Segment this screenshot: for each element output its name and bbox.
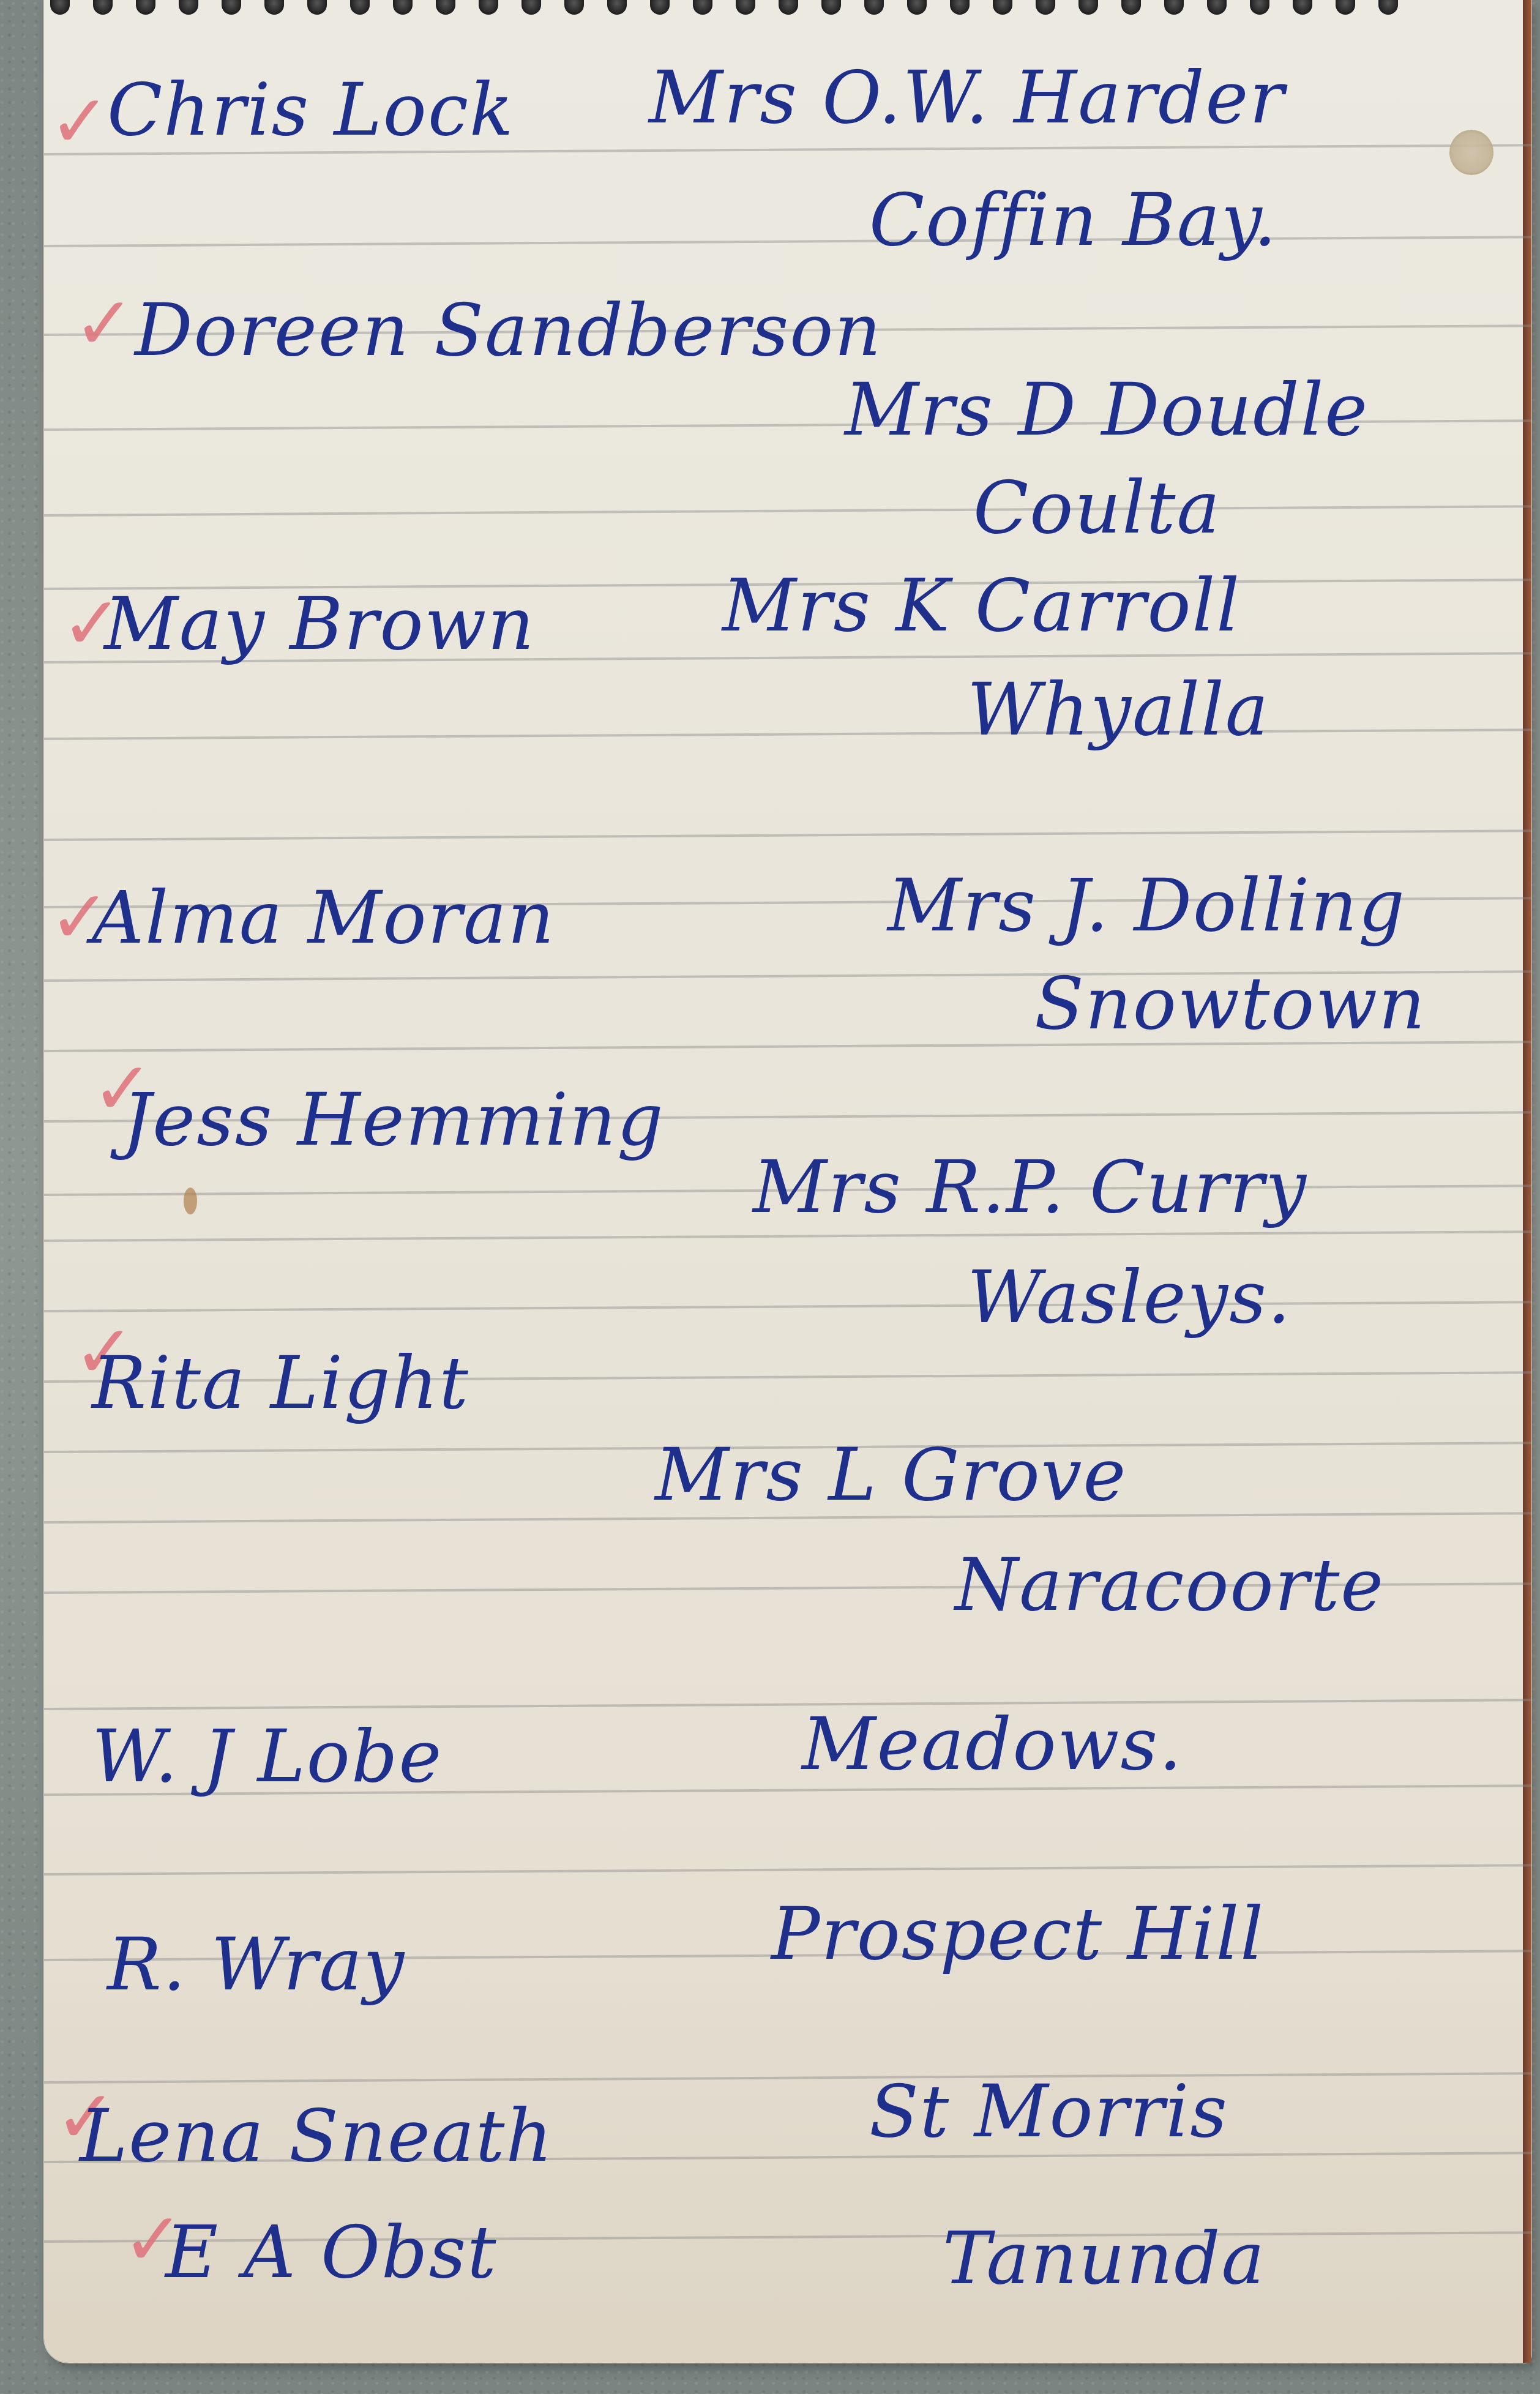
check-mark-icon: ✓ xyxy=(73,288,135,361)
entry-name: Alma Moran xyxy=(92,875,555,960)
entry-detail: Prospect Hill xyxy=(771,1891,1265,1976)
entry-detail: Tanunda xyxy=(943,2216,1266,2300)
entry-detail: Naracoorte xyxy=(955,1543,1385,1627)
stain-mark xyxy=(184,1188,197,1214)
entry-detail: Mrs L Grove xyxy=(655,1432,1127,1517)
entry-detail: St Morris xyxy=(869,2069,1228,2153)
entry-name: May Brown xyxy=(104,582,536,666)
entry-detail: Meadows. xyxy=(802,1702,1183,1786)
entry-detail: Mrs O.W. Harder xyxy=(649,55,1285,140)
entry-name: W. J Lobe xyxy=(92,1714,443,1798)
stain-mark xyxy=(1449,130,1493,175)
entry-detail: Coffin Bay. xyxy=(869,178,1278,262)
check-mark-icon: ✓ xyxy=(49,86,111,159)
entry-detail: Snowtown xyxy=(1034,961,1426,1046)
page-edge xyxy=(1523,0,1531,2363)
entry-detail: Whyalla xyxy=(967,667,1269,752)
entry-detail: Mrs D Doudle xyxy=(845,367,1369,452)
spiral-binding xyxy=(44,0,1531,16)
entry-name: E A Obst xyxy=(165,2210,498,2294)
entry-name: Jess Hemming xyxy=(122,1077,665,1162)
entry-detail: Mrs K Carroll xyxy=(722,563,1241,648)
entry-detail: Wasleys. xyxy=(967,1255,1291,1339)
entry-name: Chris Lock xyxy=(107,67,515,152)
entry-detail: Mrs J. Dolling xyxy=(888,863,1406,948)
entry-detail: Coulta xyxy=(973,465,1221,550)
entry-name: Rita Light xyxy=(92,1341,469,1425)
entry-detail: Mrs R.P. Curry xyxy=(753,1145,1307,1229)
entry-name: R. Wray xyxy=(107,1922,405,2007)
entry-name: Doreen Sandberson xyxy=(135,288,882,372)
entry-name: Lena Sneath xyxy=(80,2093,553,2178)
